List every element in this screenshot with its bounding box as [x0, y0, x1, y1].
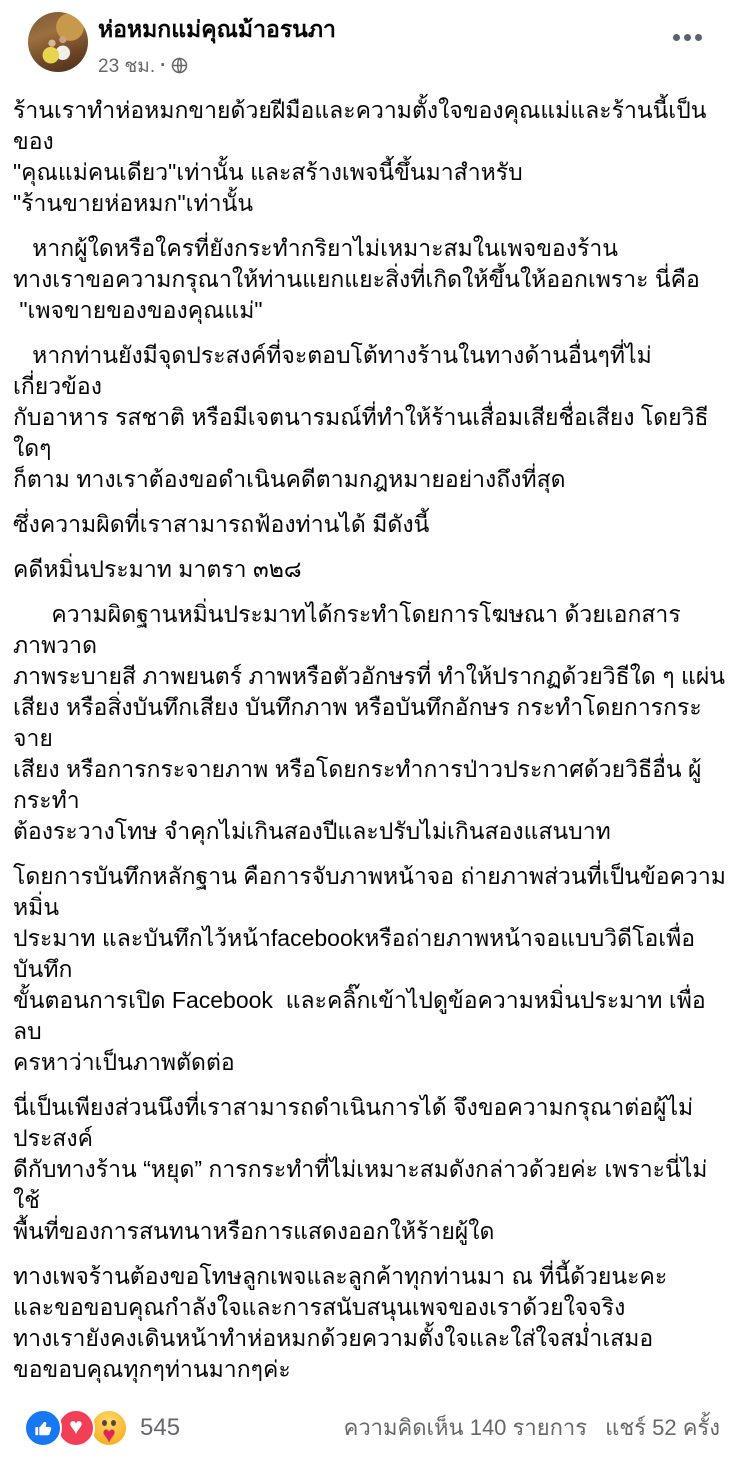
post-paragraph: ร้านเราทำห่อหมกขายด้วยฝีมือและความตั้งใจ…: [13, 95, 730, 219]
reactions-summary[interactable]: ♥ ♥ 545: [24, 1409, 180, 1447]
post-footer: ♥ ♥ 545 ความคิดเห็น 140 รายการ แชร์ 52 ค…: [0, 1399, 746, 1459]
post-stats: ความคิดเห็น 140 รายการ แชร์ 52 ครั้ง: [344, 1410, 720, 1445]
shares-count-link[interactable]: แชร์ 52 ครั้ง: [605, 1410, 720, 1445]
page-name-link[interactable]: ห่อหมกแม่คุณม้าอรนภา: [98, 16, 336, 44]
reaction-icons: ♥ ♥: [24, 1409, 128, 1447]
more-options-button[interactable]: [669, 26, 706, 49]
post-header: ห่อหมกแม่คุณม้าอรนภา 23 ชม. ·: [0, 0, 746, 89]
header-info: ห่อหมกแม่คุณม้าอรนภา 23 ชม. ·: [98, 12, 336, 81]
post-paragraph: ความผิดฐานหมิ่นประมาทได้กระทำโดยการโฆษณา…: [13, 599, 730, 847]
post-paragraph: หากผู้ใดหรือใครที่ยังกระทำกริยาไม่เหมาะส…: [13, 233, 730, 326]
post-paragraph: ทางเพจร้านต้องขอโทษลูกเพจและลูกค้าทุกท่า…: [13, 1261, 730, 1385]
care-icon: ♥: [90, 1409, 128, 1447]
post-paragraph: นี่เป็นเพียงส่วนนึงที่เราสามารถดำเนินการ…: [13, 1092, 730, 1247]
love-icon: ♥: [57, 1409, 95, 1447]
post-paragraph: ซึ่งความผิดที่เราสามารถฟ้องท่านได้ มีดัง…: [13, 509, 730, 540]
post-content: ร้านเราทำห่อหมกขายด้วยฝีมือและความตั้งใจ…: [0, 89, 746, 1399]
like-icon: [24, 1409, 62, 1447]
post-paragraph: โดยการบันทึกหลักฐาน คือการจับภาพหน้าจอ ถ…: [13, 861, 730, 1078]
ellipsis-menu-icon: [695, 34, 702, 41]
post-timestamp[interactable]: 23 ชม.: [98, 51, 155, 81]
facebook-post: ห่อหมกแม่คุณม้าอรนภา 23 ชม. · ร้านเราทำห…: [0, 0, 746, 1459]
post-paragraph: คดีหมิ่นประมาท มาตรา ๓๒๘: [13, 554, 730, 585]
page-avatar[interactable]: [28, 12, 88, 72]
post-meta: 23 ชม. ·: [98, 51, 336, 81]
meta-separator: ·: [160, 55, 166, 77]
ellipsis-menu-icon: [673, 34, 680, 41]
ellipsis-menu-icon: [684, 34, 691, 41]
globe-public-icon: [171, 57, 188, 74]
reaction-count[interactable]: 545: [140, 1414, 180, 1442]
post-paragraph: หากท่านยังมีจุดประสงค์ที่จะตอบโต้ทางร้าน…: [13, 340, 730, 495]
comments-count-link[interactable]: ความคิดเห็น 140 รายการ: [344, 1410, 587, 1445]
